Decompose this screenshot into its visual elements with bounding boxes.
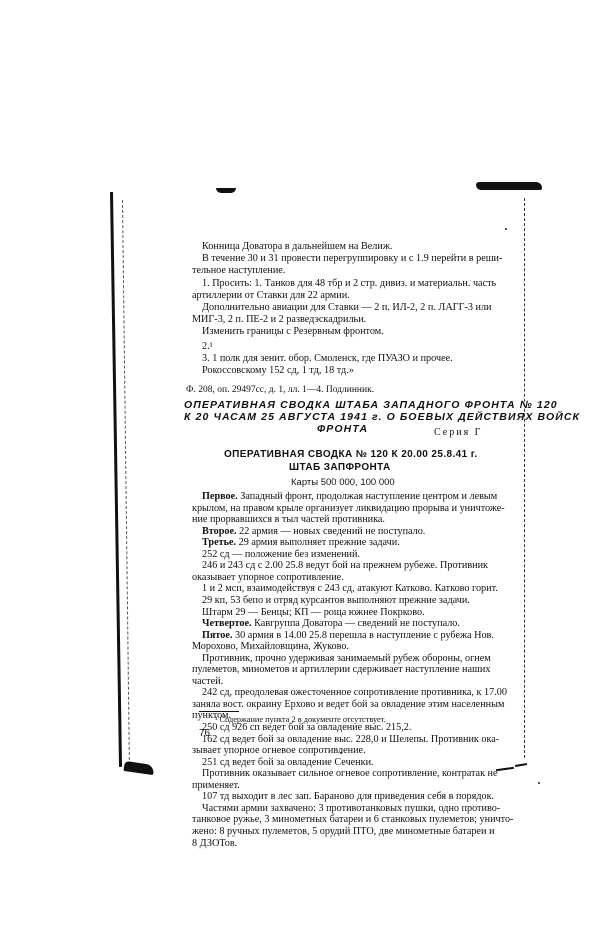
document-title-line: ФРОНТА — [317, 423, 368, 436]
body-text: 246 и 243 сд с 2.00 25.8 ведут бой на пр… — [202, 560, 488, 571]
scan-blot — [476, 182, 542, 190]
scan-blot — [216, 188, 236, 193]
body-text: оказывает упорное сопротивление. — [192, 572, 344, 583]
report-heading: ОПЕРАТИВНАЯ СВОДКА № 120 К 20.00 25.8.41… — [224, 448, 478, 461]
page-number: 76 — [199, 727, 210, 740]
body-text: зывает упорное огневое сопротивление. — [192, 745, 366, 756]
scan-border-left-inner — [122, 200, 131, 760]
body-text: Противник, прочно удерживая занимаемый р… — [202, 653, 491, 664]
scan-speck — [505, 228, 507, 230]
text-line: Рокоссовскому 152 сд, 1 тд, 18 тд.» — [202, 364, 354, 377]
report-subheading: ШТАБ ЗАПФРОНТА — [289, 461, 391, 474]
body-line: пулеметов, минометов и артиллерии сдержи… — [192, 663, 490, 676]
body-text: заняла вост. окраину Ерхово и ведет бой … — [192, 699, 504, 710]
section-lead: Четвертое. — [202, 618, 252, 629]
text-line: Изменить границы с Резервным фронтом. — [202, 325, 384, 338]
body-text: Западный фронт, продолжая наступление це… — [238, 491, 498, 502]
body-text: Частями армии захвачено: 3 противотанков… — [202, 803, 500, 814]
body-line: Противник оказывает сильное огневое сопр… — [202, 767, 498, 780]
body-text: ние прорвавшихся в тыл частей противника… — [192, 514, 385, 525]
scan-border-left — [110, 192, 122, 767]
scan-border-right — [524, 198, 526, 758]
body-text: 30 армия в 14.00 25.8 перешла в наступле… — [232, 630, 493, 641]
body-text: пулеметов, минометов и артиллерии сдержи… — [192, 664, 490, 675]
source-reference: Ф. 208, оп. 29497сс, д. 1, лл. 1—4. Подл… — [186, 384, 374, 397]
footnote-divider — [199, 711, 239, 712]
body-line: заняла вост. окраину Ерхово и ведет бой … — [192, 698, 504, 711]
body-text: 251 сд ведет бой за овладение Сеченки. — [202, 757, 374, 768]
body-text: 22 армия — новых сведений не поступало. — [237, 526, 426, 537]
section-lead: Третье. — [202, 537, 236, 548]
body-text: 242 сд, преодолевая ожесточенное сопроти… — [202, 687, 507, 698]
body-text: 107 тд выходит в лес зап. Бараново для п… — [202, 791, 494, 802]
body-text: Противник оказывает сильное огневое сопр… — [202, 768, 498, 779]
series-label: Серия Г — [434, 426, 482, 439]
scan-blot — [123, 761, 154, 775]
body-text: жено: 8 ручных пулеметов, 5 орудий ПТО, … — [192, 826, 494, 837]
body-text: 29 кп, 53 бепо и отряд курсантов выполня… — [202, 595, 470, 606]
body-text: танковое ружье, 3 минометных батареи и 6… — [192, 814, 513, 825]
scan-mark — [496, 767, 514, 771]
body-line: жено: 8 ручных пулеметов, 5 орудий ПТО, … — [192, 825, 494, 838]
body-text: 29 армия выполняет прежние задачи. — [236, 537, 400, 548]
body-text: 252 сд — положение без изменений. — [202, 549, 360, 560]
body-text: Штарм 29 — Бенцы; КП — роща южнее Покрко… — [202, 607, 425, 618]
document-title-line: К 20 ЧАСАМ 25 АВГУСТА 1941 г. О БОЕВЫХ Д… — [184, 411, 580, 424]
section-lead: Первое. — [202, 491, 238, 502]
body-text: Морохово, Михайловщина, Жуково. — [192, 641, 349, 652]
footnote: ¹ Содержание пункта 2 в документе отсутс… — [215, 713, 386, 726]
body-text: Кавгруппа Доватора — сведений не поступа… — [252, 618, 460, 629]
body-text: 1 и 2 мсп, взаимодействуя с 243 сд, атак… — [202, 583, 498, 594]
text-line: тельное наступление. — [192, 264, 285, 277]
body-text: применяет. — [192, 780, 240, 791]
body-text: крылом, на правом крыле организует ликви… — [192, 503, 505, 514]
scanned-page: Конница Доватора в дальнейшем на Велиж. … — [0, 0, 600, 925]
maps-scale: Карты 500 000, 100 000 — [291, 476, 395, 489]
scan-speck — [538, 782, 540, 784]
scan-mark — [515, 763, 527, 767]
body-text: 8 ДЗОТов. — [192, 838, 237, 849]
body-text: частей. — [192, 676, 223, 687]
section-lead: Второе. — [202, 526, 237, 537]
body-line: 8 ДЗОТов. — [192, 837, 237, 850]
section-lead: Пятое. — [202, 630, 232, 641]
body-text: 162 сд ведет бой за овладение выс. 228,0… — [202, 734, 499, 745]
